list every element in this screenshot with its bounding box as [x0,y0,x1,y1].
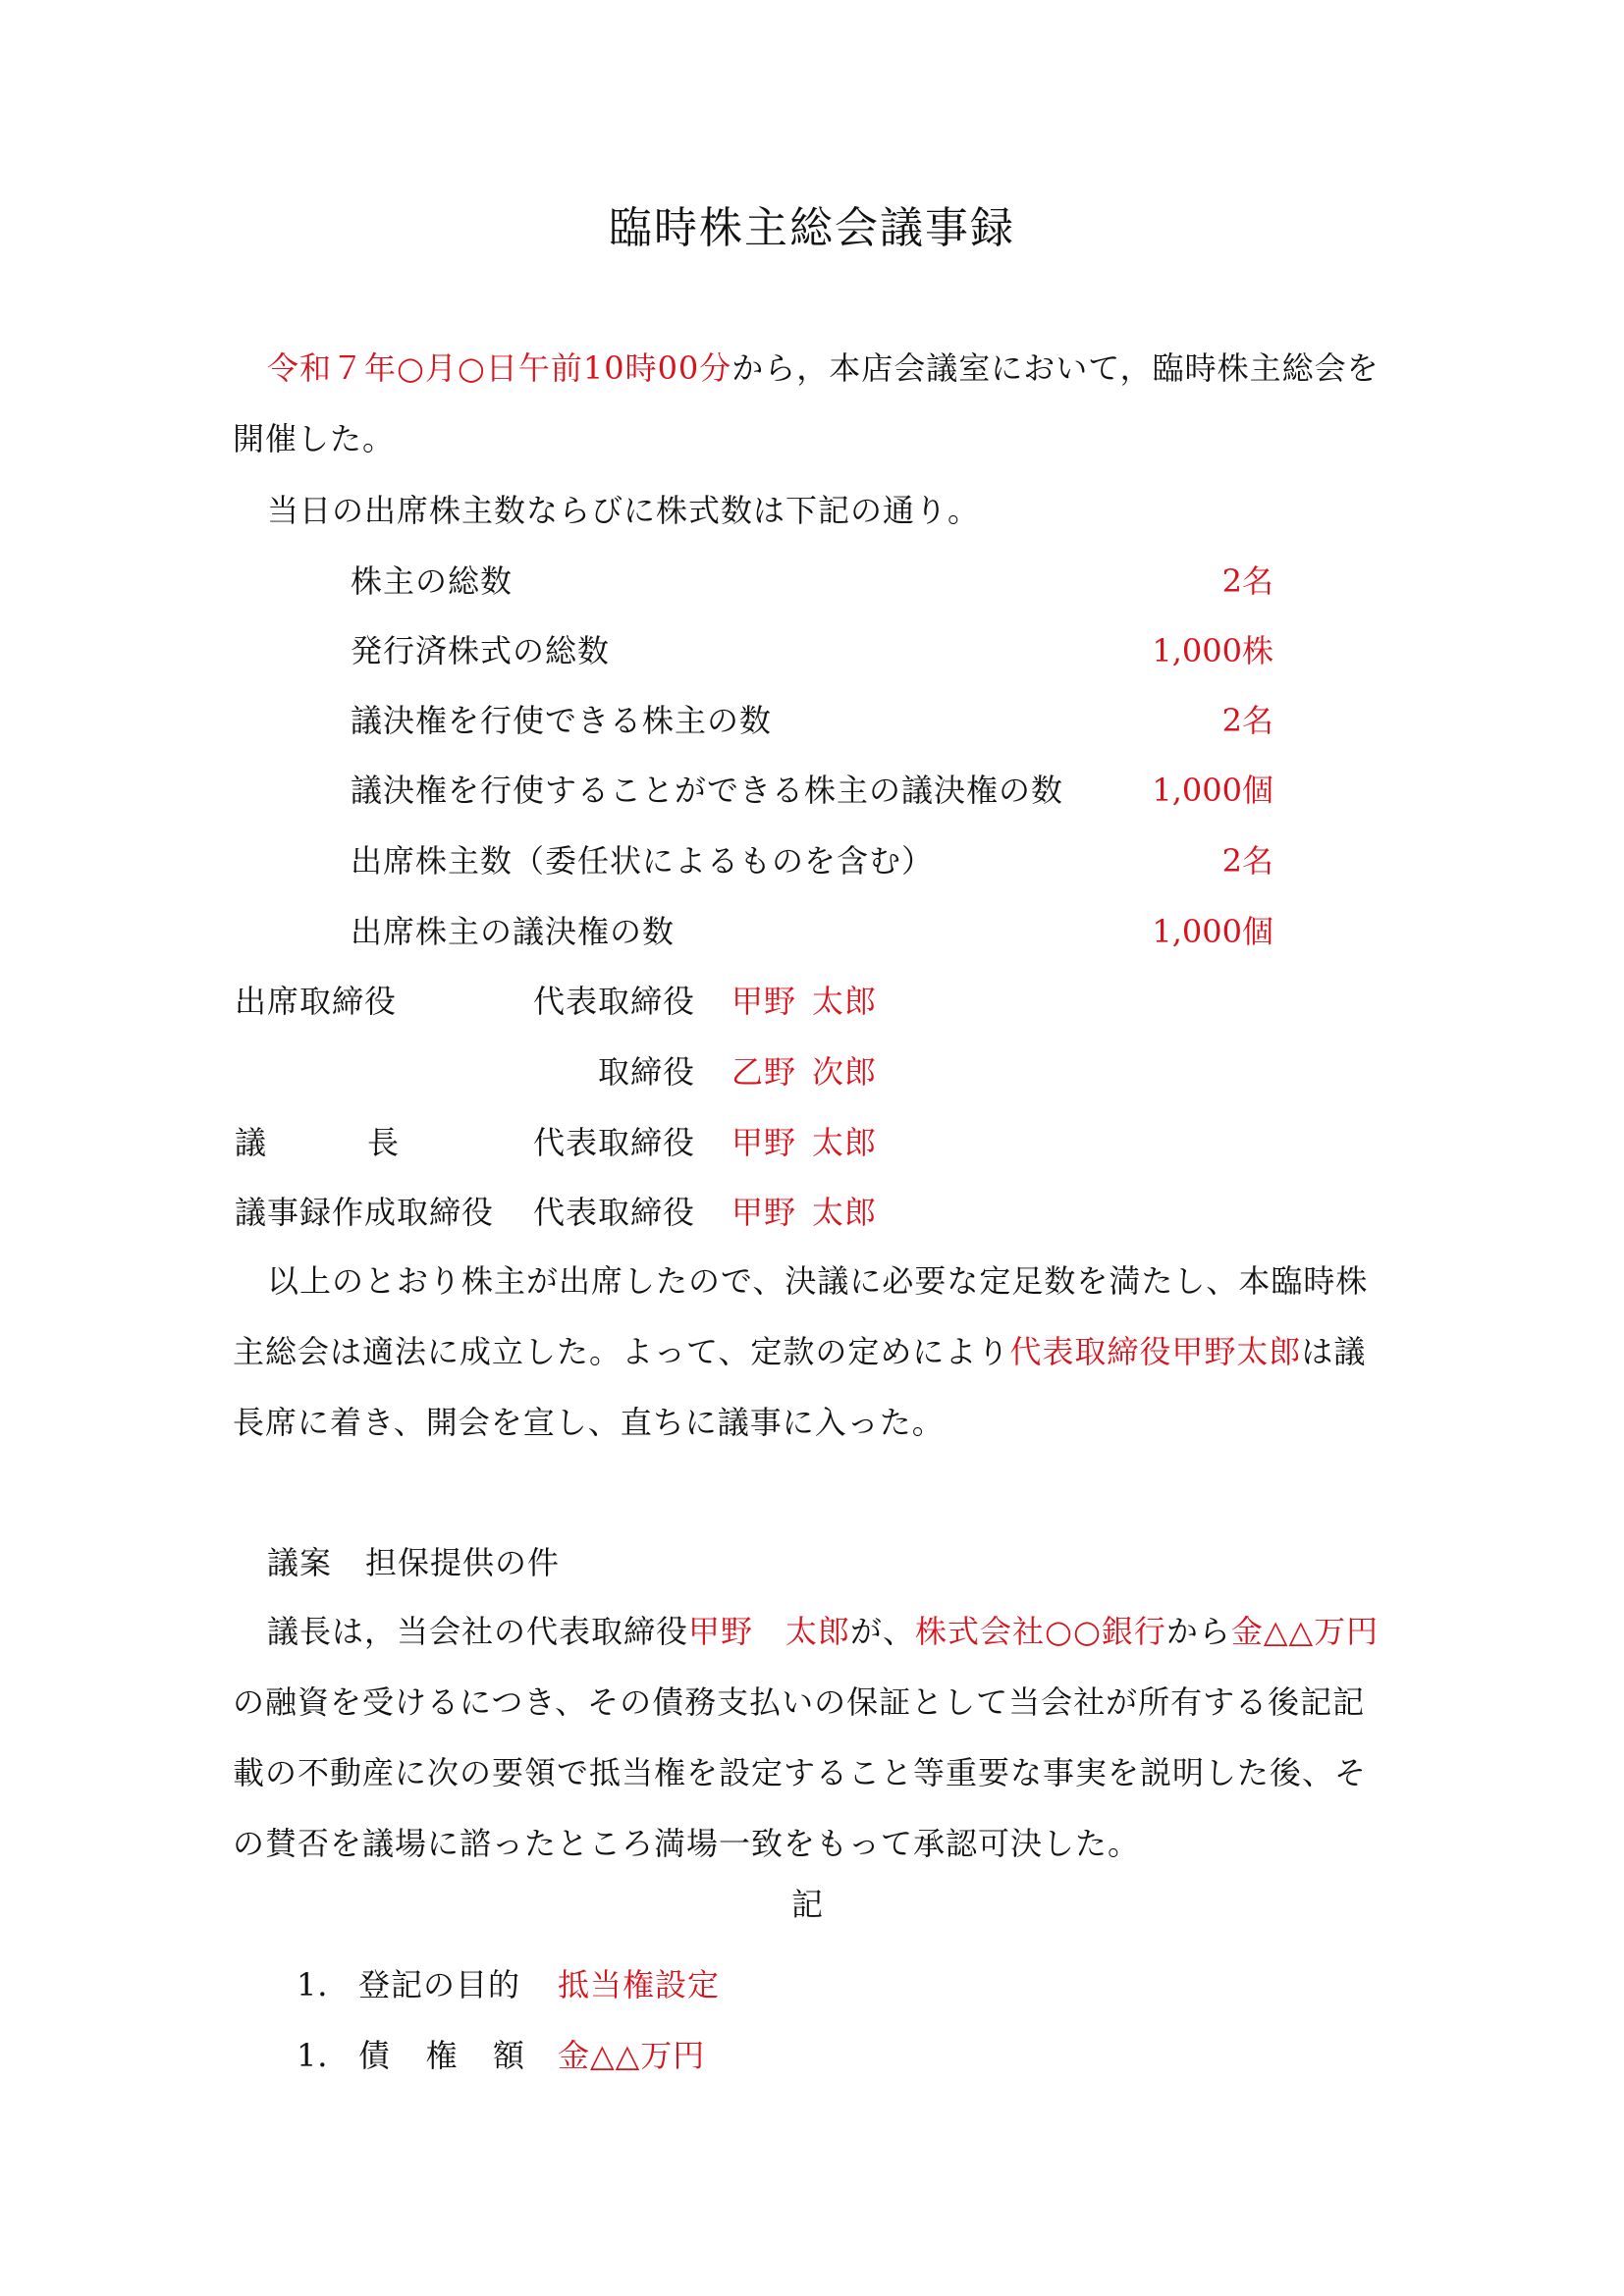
item-value: 金△△万円 [558,2036,705,2075]
officer-last-name: 甲野 [731,1194,796,1231]
officer-first-name: 太郎 [812,1194,877,1231]
attendance-label: 株主の総数 [351,561,513,601]
loan-amount: 金△△万円 [1231,1613,1379,1650]
quorum-text: は議 [1301,1333,1366,1370]
item-value: 抵当権設定 [558,1965,720,2004]
officer-role: 議事録作成取締役 [235,1193,494,1232]
officer-role: 出席取締役 [235,982,397,1021]
attendance-value: 1,000株 [1152,631,1273,670]
opening-line-2: 開催した。 [233,419,395,458]
document-page: 臨時株主総会議事録 令和７年○月○日午前10時00分から，本店会議室において，臨… [0,0,1624,2296]
officer-name: 甲野太郎 [731,982,877,1021]
officer-title: 代表取締役 [533,982,695,1021]
officer-role-char: 長 [367,1123,400,1162]
attendance-value: 2名 [1222,841,1273,881]
item-label-char: 額 [493,2036,525,2075]
attendance-value: 1,000個 [1152,771,1273,810]
agenda-label: 議案 [267,1544,332,1581]
agenda-heading: 議案担保提供の件 [267,1543,560,1582]
agenda-text: から [1166,1613,1231,1650]
officer-last-name: 甲野 [731,1124,796,1161]
officer-role-char: 議 [235,1123,267,1162]
item-label-char: 債 [358,2036,391,2075]
quorum-text: 主総会は適法に成立した。よって、定款の定めにより [233,1333,1009,1370]
officer-name: 乙野次郎 [731,1052,877,1092]
officer-last-name: 乙野 [731,1053,796,1091]
attendance-label: 発行済株式の総数 [351,631,610,670]
quorum-line-3: 長席に着き、開会を宣し、直ちに議事に入った。 [233,1403,945,1442]
document-title: 臨時株主総会議事録 [0,204,1624,253]
attendance-value: 2名 [1222,701,1273,740]
attendance-label: 議決権を行使することができる株主の議決権の数 [351,771,1063,810]
opening-line-1: 令和７年○月○日午前10時00分から，本店会議室において，臨時株主総会を [267,348,1380,388]
attendance-label: 出席株主の議決権の数 [351,912,675,951]
opening-text: から，本店会議室において，臨時株主総会を [731,349,1379,387]
agenda-text: 議長は，当会社の代表取締役 [267,1613,688,1650]
officer-role-chairman: 議長 [235,1123,400,1162]
officer-name: 甲野太郎 [731,1123,877,1162]
officer-last-name: 甲野 [731,983,796,1020]
attendance-value: 2名 [1222,561,1273,601]
chairman-designation: 代表取締役甲野太郎 [1009,1333,1301,1370]
item-label: 登記の目的 [358,1965,520,2004]
agenda-text: が、 [850,1613,915,1650]
attendance-label: 出席株主数（委任状によるものを含む） [351,841,934,881]
agenda-line-1: 議長は，当会社の代表取締役甲野 太郎が、株式会社○○銀行から金△△万円 [267,1612,1379,1651]
quorum-line-2: 主総会は適法に成立した。よって、定款の定めにより代表取締役甲野太郎は議 [233,1332,1366,1371]
item-label: 債権額 [358,2036,525,2075]
agenda-line-3: 載の不動産に次の要領で抵当権を設定すること等重要な事実を説明した後、そ [233,1753,1367,1792]
quorum-line-1: 以上のとおり株主が出席したので、決議に必要な定足数を満たし、本臨時株 [267,1261,1368,1301]
attendance-value: 1,000個 [1152,912,1273,951]
officer-title: 代表取締役 [533,1193,695,1232]
officer-first-name: 次郎 [812,1053,877,1091]
item-number: 1． [297,1965,350,2004]
representative-name: 甲野 太郎 [688,1613,850,1650]
ki-heading: 記 [791,1885,824,1924]
officer-name: 甲野太郎 [731,1193,877,1232]
officer-title: 代表取締役 [533,1123,695,1162]
officer-first-name: 太郎 [812,983,877,1020]
officer-title: 取締役 [598,1052,695,1092]
item-number: 1． [297,2036,350,2075]
lender-name: 株式会社○○銀行 [915,1613,1166,1650]
attendance-intro: 当日の出席株主数ならびに株式数は下記の通り。 [267,491,980,530]
meeting-datetime: 令和７年○月○日午前10時00分 [267,349,731,387]
item-label-char: 権 [425,2036,458,2075]
agenda-title: 担保提供の件 [365,1544,560,1581]
agenda-line-4: の賛否を議場に諮ったところ満場一致をもって承認可決した。 [233,1824,1140,1863]
agenda-line-2: の融資を受けるにつき、その債務支払いの保証として当会社が所有する後記記 [233,1682,1365,1722]
officer-first-name: 太郎 [812,1124,877,1161]
attendance-label: 議決権を行使できる株主の数 [351,701,772,740]
